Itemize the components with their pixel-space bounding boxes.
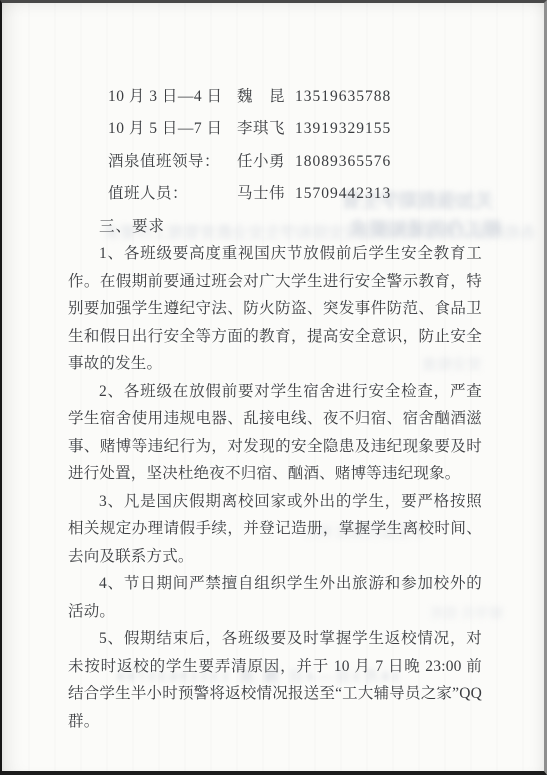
duty-row: 酒泉值班领导： 任小勇 18089365576 (68, 146, 482, 178)
requirement-paragraph: 3、凡是国庆假期离校回家或外出的学生，要严格按照相关规定办理请假手续，并登记造册… (68, 488, 482, 571)
duty-date-label: 10 月 5 日—7 日 (108, 113, 223, 145)
requirements-heading: 三、要求 (68, 213, 482, 241)
requirements-body: 1、各班级要高度重视国庆节放假前后学生安全教育工作。在假期前要通过班会对广大学生… (68, 240, 482, 735)
duty-phone-number: 15709442313 (295, 178, 391, 210)
duty-phone-number: 18089365576 (295, 146, 391, 178)
duty-date-label: 值班人员： (108, 178, 188, 210)
duty-person-name: 魏 昆 (237, 81, 285, 113)
duty-person-name: 李琪飞 (237, 113, 285, 145)
document-content: 10 月 3 日—4 日 魏 昆 13519635788 10 月 5 日—7 … (68, 81, 482, 735)
duty-phone-number: 13919329155 (295, 113, 391, 145)
duty-person-name: 任小勇 (237, 146, 285, 178)
duty-schedule: 10 月 3 日—4 日 魏 昆 13519635788 10 月 5 日—7 … (68, 81, 482, 211)
requirement-paragraph: 2、各班级在放假前要对学生宿舍进行安全检查，严查学生宿舍使用违规电器、乱接电线、… (68, 378, 482, 488)
duty-person-name: 马士伟 (237, 178, 285, 210)
requirement-paragraph: 5、假期结束后，各班级要及时掌握学生返校情况，对未按时返校的学生要弄清原因，并于… (68, 625, 482, 735)
requirement-paragraph: 1、各班级要高度重视国庆节放假前后学生安全教育工作。在假期前要通过班会对广大学生… (68, 240, 482, 378)
duty-row: 10 月 3 日—4 日 魏 昆 13519635788 (68, 81, 482, 113)
duty-row: 值班人员： 马士伟 15709442313 (68, 178, 482, 210)
scan-page: 关加强假期学生管 理工作的通知要求 各班级要认真落实假期值班安排和学生安全教育管… (0, 0, 547, 775)
duty-phone-number: 13519635788 (295, 81, 391, 113)
requirement-paragraph: 4、节日期间严禁擅自组织学生外出旅游和参加校外的活动。 (68, 570, 482, 625)
duty-row: 10 月 5 日—7 日 李琪飞 13919329155 (68, 113, 482, 145)
duty-date-label: 酒泉值班领导： (108, 146, 220, 178)
duty-date-label: 10 月 3 日—4 日 (108, 81, 223, 113)
